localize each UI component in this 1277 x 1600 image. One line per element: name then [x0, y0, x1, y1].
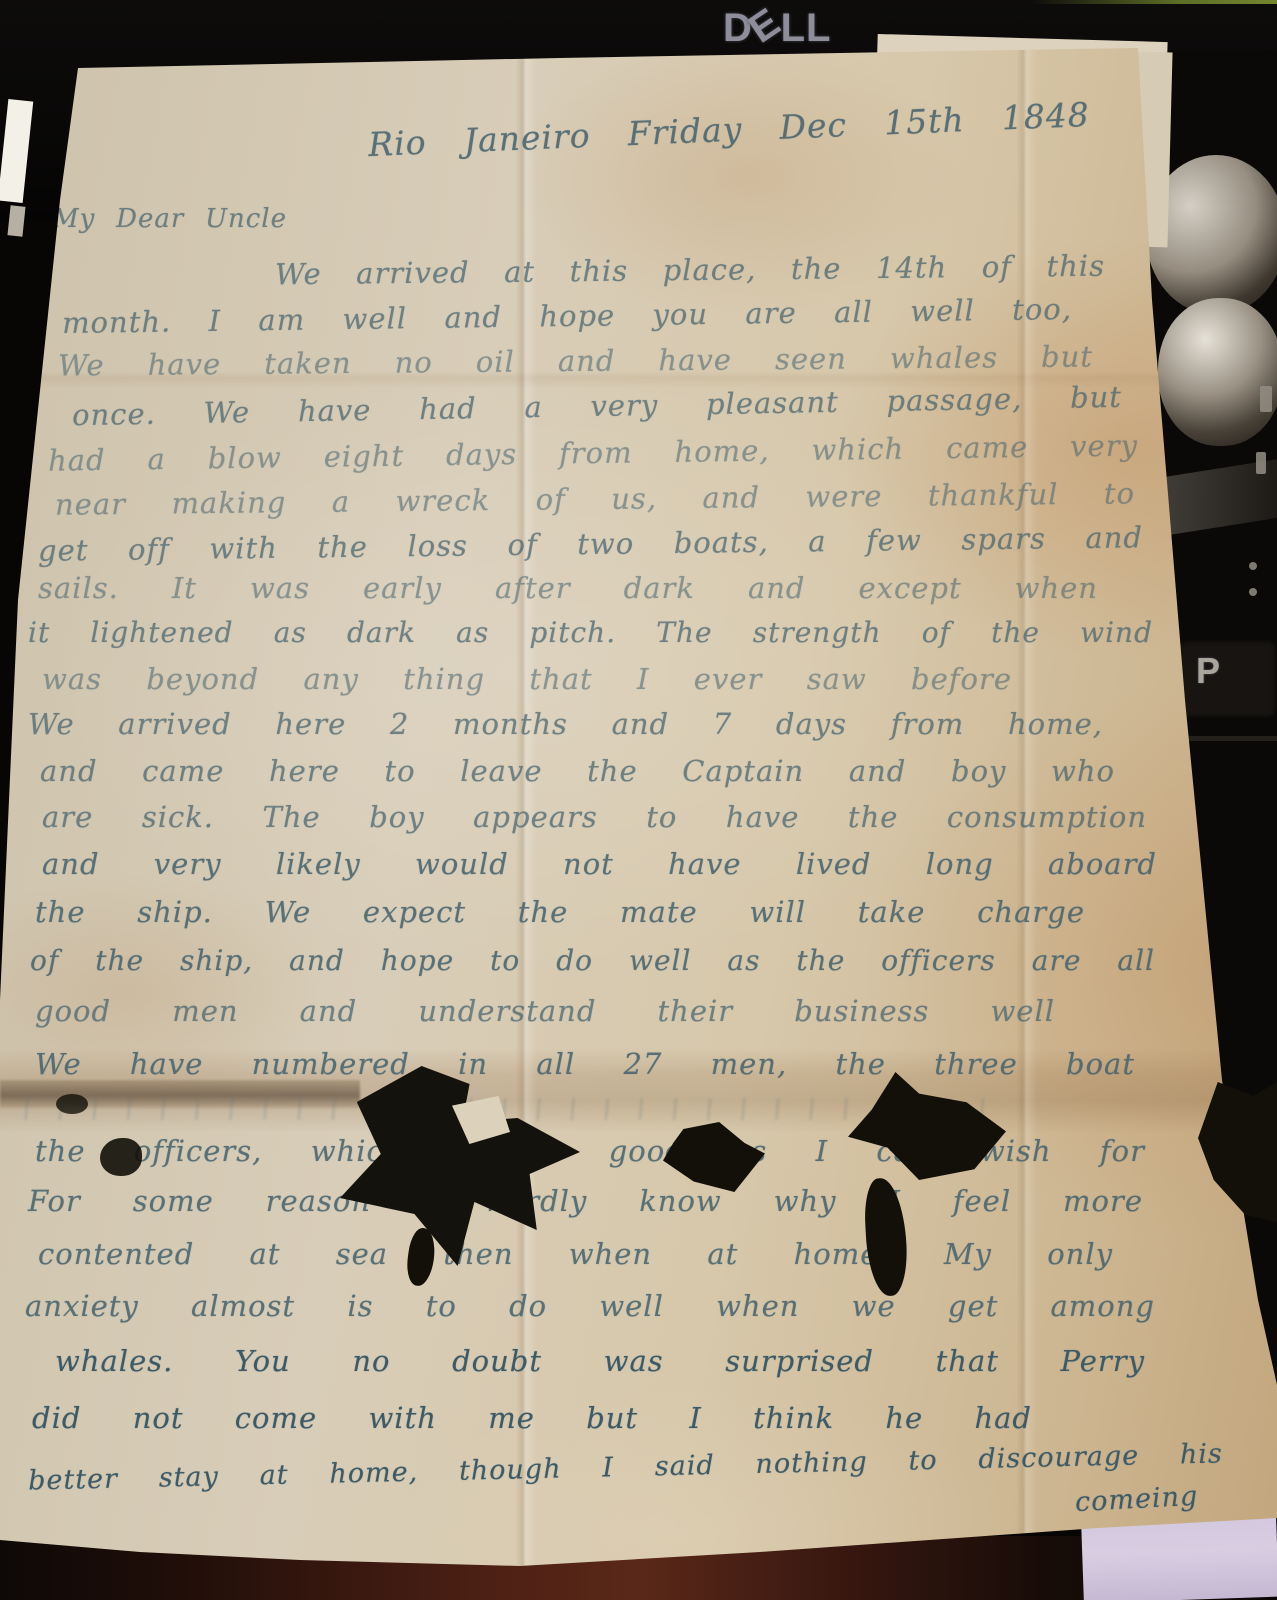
letter-line: month. I am well and hope you are all we…: [62, 292, 1072, 340]
letter-line: good men and understand their business w…: [35, 994, 1055, 1028]
letter-line: sails. It was early after dark and excep…: [38, 571, 1098, 605]
key-icon: [1256, 452, 1266, 474]
photo-of-letter-on-laptop: DELL P Rio Janeiro Friday Dec 15th 1848 …: [0, 0, 1277, 1600]
dell-logo: DELL: [723, 6, 831, 51]
torn-hole-small: [100, 1138, 142, 1176]
key-letter-p: P: [1196, 650, 1220, 692]
chrome-object-lower: [1158, 298, 1277, 446]
letter-line: did not come with me but I think he had: [32, 1401, 1032, 1435]
letter-line: whales. You no doubt was surprised that …: [55, 1344, 1145, 1378]
letter-line: it lightened as dark as pitch. The stren…: [28, 616, 1153, 649]
torn-hole-tiny: [56, 1094, 88, 1114]
letter-salutation: My Dear Uncle: [52, 204, 287, 234]
letter-line: of the ship, and hope to do well as the …: [30, 944, 1155, 977]
dell-logo-text: DELL: [723, 6, 831, 50]
letter-line: We have taken no oil and have seen whale…: [58, 339, 1093, 382]
paper-sliver-small: [7, 205, 25, 236]
key-icon: [1260, 386, 1272, 412]
letter-line: was beyond any thing that I ever saw bef…: [42, 662, 1012, 696]
letter-line: We have numbered in all 27 men, the thre…: [35, 1047, 1135, 1081]
letter-line: get off with the loss of two boats, a fe…: [38, 520, 1143, 567]
letter-line: better stay at home, though I said nothi…: [28, 1438, 1223, 1496]
letter-line: contented at sea then when at home. My o…: [38, 1237, 1113, 1271]
letter-line: and very likely would not have lived lon…: [42, 847, 1157, 881]
letter-line: had a blow eight days from home, which c…: [48, 428, 1138, 477]
letter-line: For some reason I hardly know why I feel…: [28, 1184, 1143, 1218]
screen-edge-glow: [1030, 0, 1277, 4]
letter-line: We arrived here 2 months and 7 days from…: [28, 707, 1103, 741]
handwritten-letter: Rio Janeiro Friday Dec 15th 1848 My Dear…: [0, 0, 1277, 1600]
letter-line: anxiety almost is to do well when we get…: [25, 1289, 1155, 1323]
keyboard-key: [1178, 640, 1277, 718]
letter-dateline: Rio Janeiro Friday Dec 15th 1848: [368, 95, 1091, 164]
key-dot: [1249, 562, 1257, 570]
key-dot: [1249, 588, 1257, 596]
letter-line: are sick. The boy appears to have the co…: [42, 800, 1147, 834]
letter-line: once. We have had a very pleasant passag…: [72, 380, 1122, 432]
letter-line: We arrived at this place, the 14th of th…: [275, 249, 1105, 292]
letter-line: and came here to leave the Captain and b…: [40, 754, 1115, 788]
letter-closing-word: comeing: [1074, 1479, 1235, 1518]
letter-line: near making a wreck of us, and were than…: [55, 476, 1135, 521]
letter-line: the ship. We expect the mate will take c…: [35, 895, 1085, 929]
faded-torn-line: [12, 1098, 1012, 1120]
